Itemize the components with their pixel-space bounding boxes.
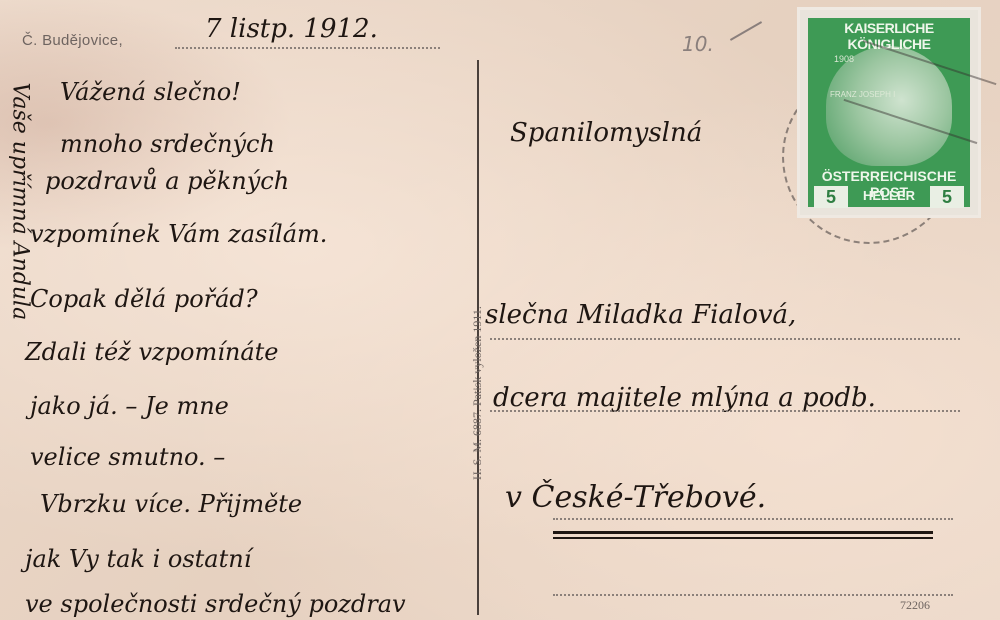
address-dotted-line — [553, 518, 953, 520]
message-line: ve společnosti srdečný pozdrav — [25, 590, 406, 618]
message-line: pozdravů a pěkných — [45, 167, 289, 195]
handwritten-date: 7 listp. 1912. — [205, 14, 378, 44]
double-underline — [553, 531, 933, 534]
message-line: mnoho srdečných — [60, 130, 275, 158]
serial-number: 72206 — [900, 598, 930, 613]
address-salutation: Spanilomyslná — [510, 118, 702, 148]
message-line: Vbrzku více. Přijměte — [40, 490, 302, 518]
message-line: jak Vy tak i ostatní — [25, 545, 251, 573]
address-dotted-line — [490, 338, 960, 340]
address-line: slečna Miladka Fialová, — [485, 300, 796, 330]
pencil-stroke — [730, 21, 762, 41]
stamp-currency: HELLER — [852, 188, 926, 203]
double-underline — [553, 537, 933, 539]
message-line: Copak dělá pořád? — [30, 285, 258, 313]
pencil-note: 10. — [682, 32, 714, 56]
stamp-value-left: 5 — [814, 186, 848, 208]
address-line: v České-Třebové. — [505, 480, 766, 515]
postcard: Č. Budějovice, 7 listp. 1912. Vážená sle… — [0, 0, 1000, 620]
margin-handwriting: Vaše upřímná Andula — [8, 83, 33, 603]
printed-place-label: Č. Budějovice, — [22, 32, 123, 49]
address-dotted-line — [490, 410, 960, 412]
message-line: velice smutno. – — [30, 443, 225, 471]
address-line: dcera majitele mlýna a podb. — [493, 383, 876, 413]
stamp-value-right: 5 — [930, 186, 964, 208]
address-dotted-line — [553, 594, 953, 596]
stamp-years: 1908 — [834, 54, 854, 64]
message-line: Zdali též vzpomínáte — [25, 338, 279, 366]
vertical-imprint: H. S. M. 6887. Patisk vyložen 1911. — [470, 306, 485, 480]
message-line: Vážená slečno! — [60, 78, 241, 106]
message-line: vzpomínek Vám zasílám. — [30, 220, 327, 248]
message-line: jako já. – Je mne — [30, 392, 229, 420]
date-dotted-line — [175, 47, 440, 49]
stamp-top-text: KAISERLICHE KÖNIGLICHE — [808, 20, 970, 52]
